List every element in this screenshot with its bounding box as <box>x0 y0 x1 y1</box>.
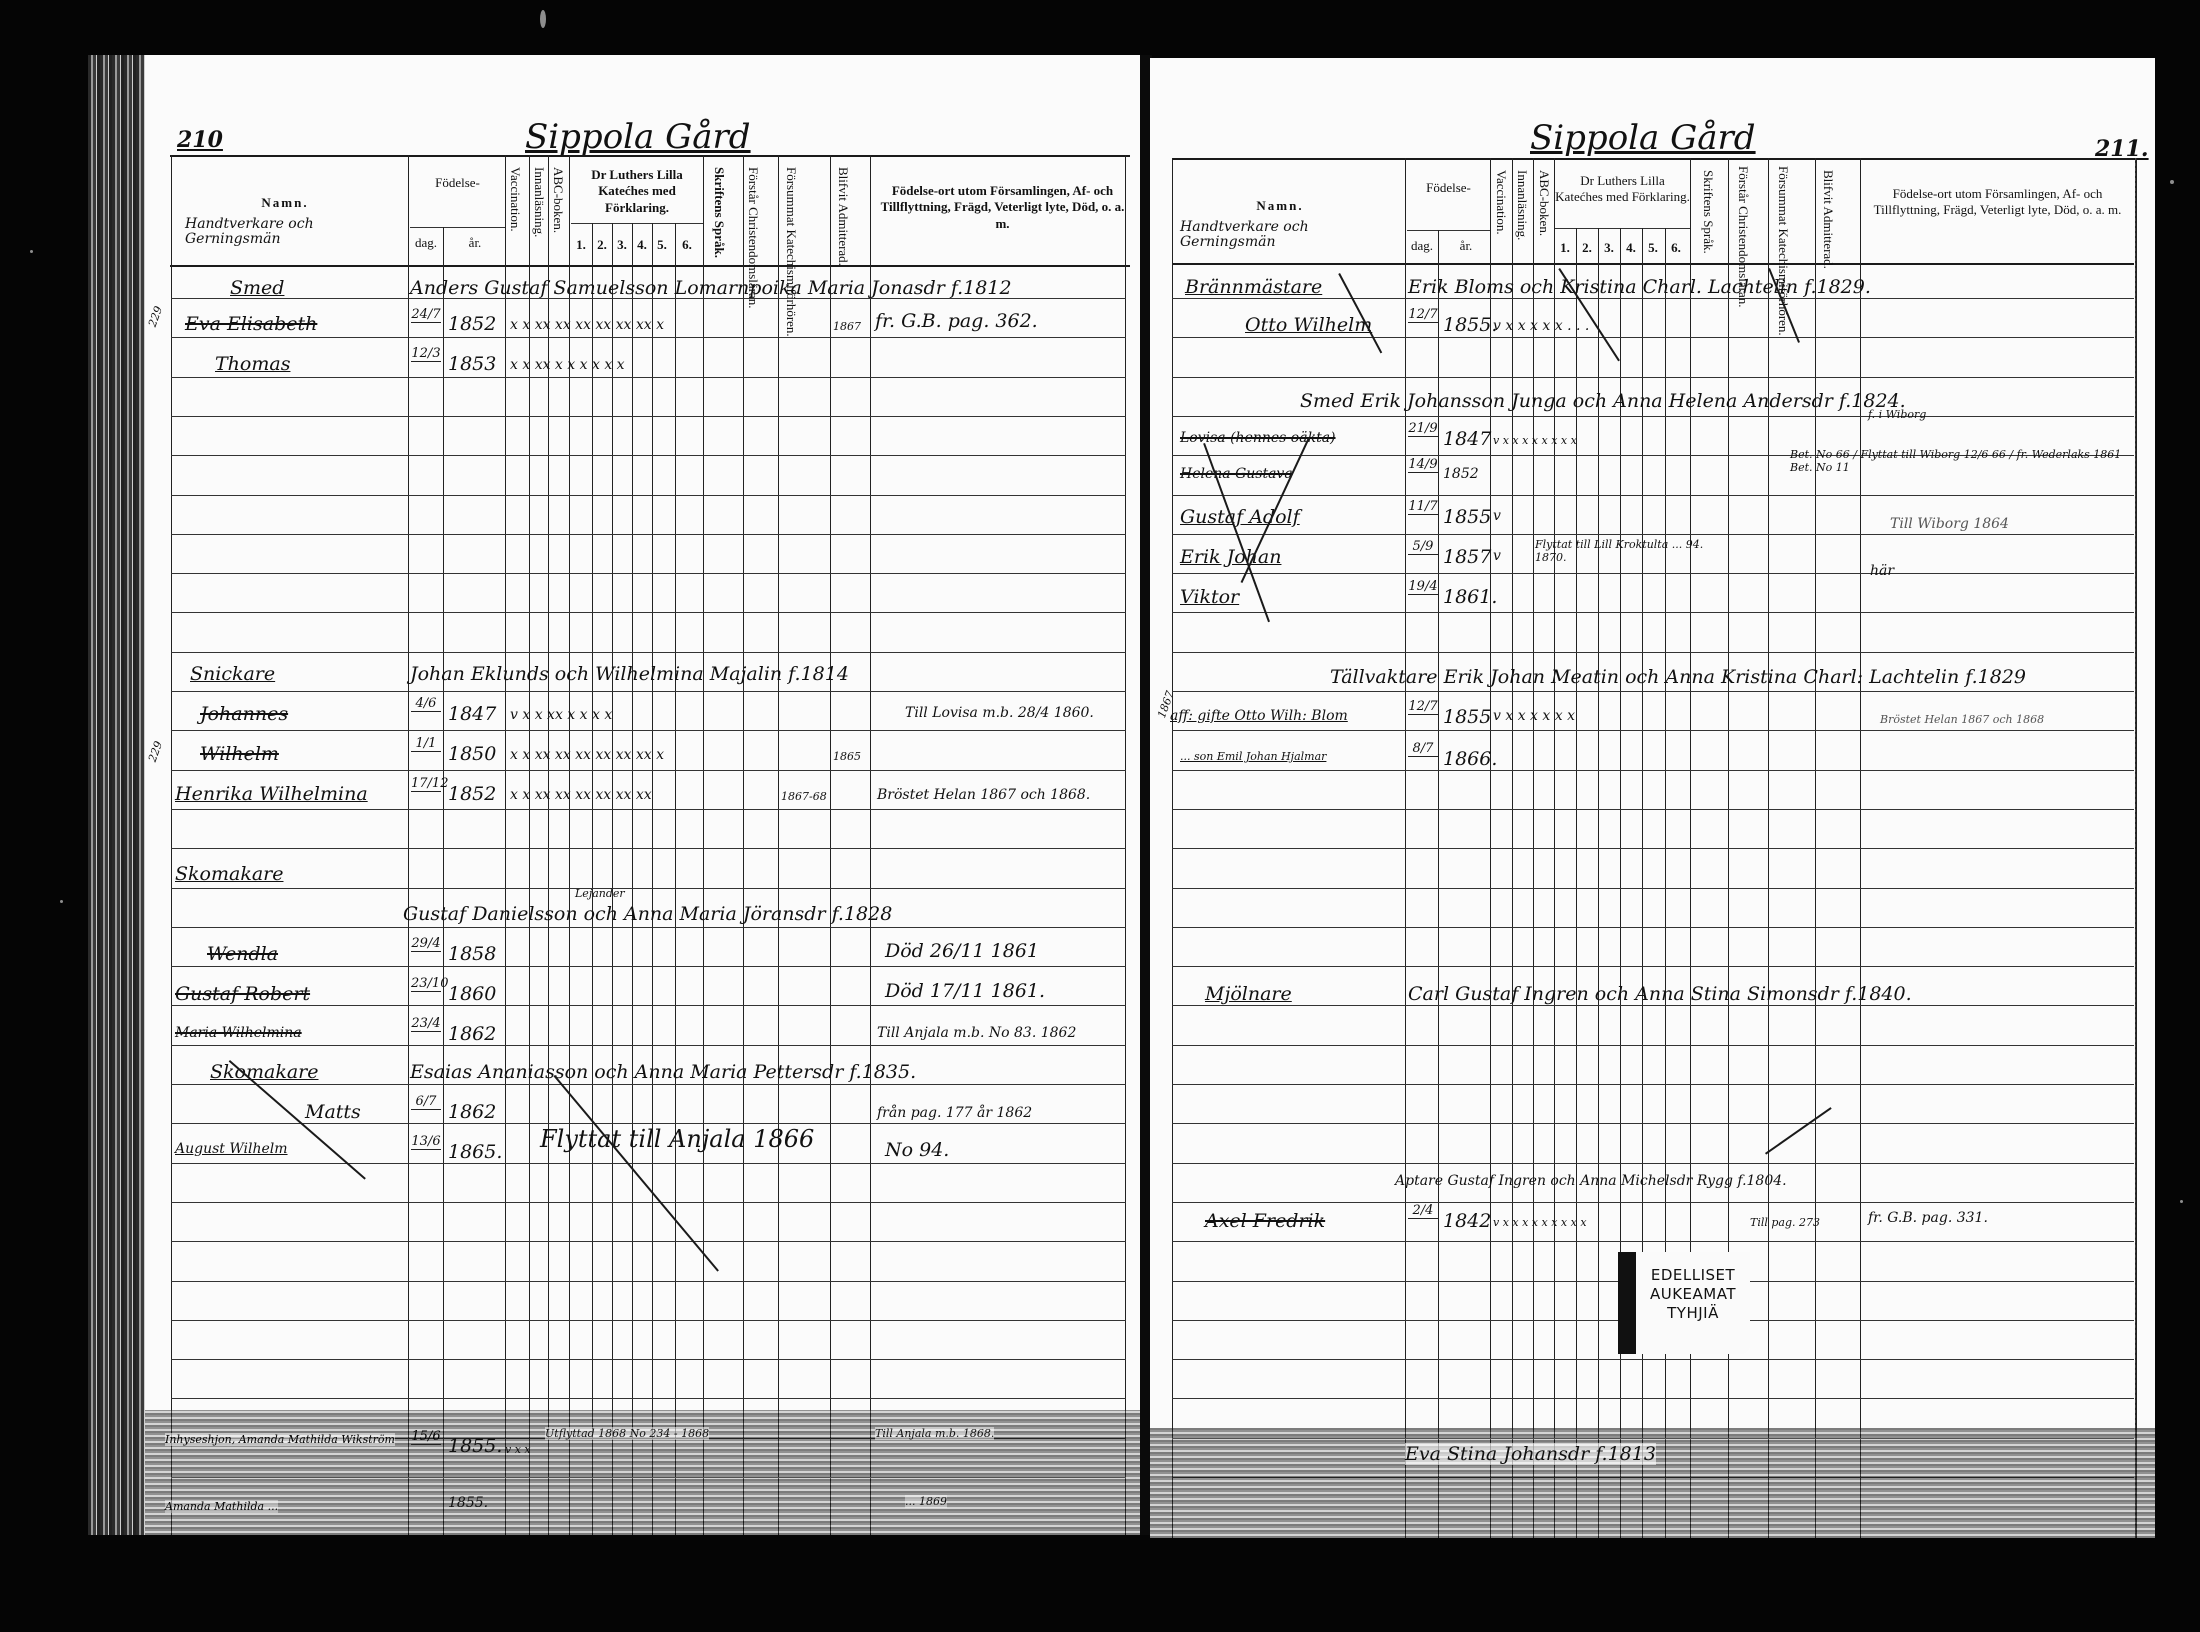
catechism-sub-rule <box>571 223 703 224</box>
column-rule <box>652 223 653 1535</box>
catechism-header: Dr Luthers Lilla Katećhes med Förklaring… <box>571 167 703 216</box>
row-rule <box>1172 1202 2134 1203</box>
birth-year: 1855 <box>1443 506 1491 528</box>
missed-catechism-entry: 1867-68 <box>781 790 827 803</box>
row-rule <box>171 927 1126 928</box>
person-name: Johannes <box>200 703 288 725</box>
parents-entry: Erik Bloms och Kristina Charl. Lachtelin… <box>1408 276 1871 298</box>
birth-day-month: 6/7 <box>411 1095 441 1110</box>
birth-fraction: 24/7 <box>411 308 441 323</box>
birth-year: 1853 <box>448 353 496 375</box>
column-rule <box>1438 230 1439 1538</box>
abc-header: ABC-boken. <box>1536 170 1551 260</box>
row-rule <box>1172 573 2134 574</box>
birth-year: 1842 <box>1443 1210 1491 1232</box>
note-entry: Till Lovisa m.b. 28/4 1860. <box>905 705 1094 721</box>
person-name: Wendla <box>207 943 278 965</box>
birth-day-month: 5/9 <box>1408 540 1438 555</box>
missed-catechism-header: Försummat Katechismiförhören. <box>783 167 798 262</box>
note-entry: f. i Wiborg <box>1868 408 1926 421</box>
stamp-line: TYHJIÄ <box>1636 1304 1750 1323</box>
row-rule <box>171 1320 1126 1321</box>
column-rule <box>612 223 613 1535</box>
scripture-language-header: Skriftens Språk. <box>1700 170 1715 260</box>
birth-fraction: 19/4 <box>1408 580 1438 595</box>
column-rule <box>703 155 704 1535</box>
person-name: Thomas <box>215 353 290 375</box>
birth-fraction: 13/6 <box>411 1135 441 1150</box>
birth-day-month: 8/7 <box>1408 742 1438 757</box>
occupation-label: Snickare <box>190 663 275 685</box>
column-rule <box>632 223 633 1535</box>
birth-year: 1855. <box>448 1495 488 1511</box>
year-header: år. <box>1442 238 1490 254</box>
scripture-language-header: Skriftens Språk. <box>711 167 726 262</box>
cross-out-line <box>1765 1107 1832 1155</box>
row-rule <box>171 1359 1126 1360</box>
row-rule <box>1172 1005 2134 1006</box>
birth-fraction: 2/4 <box>1408 1204 1438 1219</box>
birth-fraction: 6/7 <box>411 1095 441 1110</box>
stamp-line: AUKEAMAT <box>1636 1285 1750 1304</box>
person-name: Gustaf Adolf <box>1180 506 1300 528</box>
reading-header: Innanläsning. <box>1514 170 1529 260</box>
row-rule <box>1172 612 2134 613</box>
missed-catechism-entry: Till pag. 273 <box>1750 1216 1820 1229</box>
name-column-header: Namn. <box>1190 198 1370 214</box>
person-name: Wilhelm <box>200 743 279 765</box>
row-rule <box>1172 1398 2134 1399</box>
reading-marks: v x x <box>505 1443 531 1456</box>
birth-year: 1855 <box>1443 706 1491 728</box>
birth-year: 1855. <box>448 1435 502 1457</box>
note-entry: Till Wiborg 1864 <box>1890 516 2009 532</box>
person-name: August Wilhelm <box>175 1141 288 1157</box>
column-rule <box>830 155 831 1535</box>
parents-annotation: Lejander <box>575 887 625 900</box>
birth-fraction: 5/9 <box>1408 540 1438 555</box>
birth-fraction: 29/4 <box>411 937 441 952</box>
row-rule <box>1172 1084 2134 1085</box>
migration-note: Flyttat till Lill Kroktulta ... 94. 1870… <box>1535 538 1735 564</box>
margin-note: 229 <box>146 739 165 763</box>
column-rule <box>1125 155 1126 1535</box>
birth-day-month: 12/7 <box>1408 308 1438 323</box>
column-rule <box>505 155 506 1535</box>
birth-year: 1850 <box>448 743 496 765</box>
reading-marks: v x x x x x x x x x <box>1493 1216 1587 1229</box>
birth-year: 1865. <box>448 1141 502 1163</box>
person-name: Viktor <box>1180 586 1239 608</box>
catechism-part-header: 4. <box>632 237 652 253</box>
column-rule <box>743 155 744 1535</box>
migration-note: Flyttat till Anjala 1866 <box>540 1125 814 1153</box>
birth-header: Födelse- <box>410 175 505 191</box>
column-rule <box>408 155 409 1535</box>
note-entry: fr. G.B. pag. 362. <box>875 310 1038 332</box>
row-rule <box>171 573 1126 574</box>
birth-fraction: 17/12 <box>411 777 441 792</box>
column-rule <box>171 155 172 1535</box>
birth-year: 1862 <box>448 1101 496 1123</box>
row-rule <box>1172 534 2134 535</box>
row-rule <box>1172 416 2134 417</box>
row-rule <box>1172 1241 2134 1242</box>
reading-marks: x x xx xx xx xx xx xx <box>510 787 652 803</box>
note-entry: Till Anjala m.b. No 83. 1862 <box>877 1025 1076 1041</box>
row-rule <box>1172 927 2134 928</box>
empty-pages-stamp: EDELLISET AUKEAMAT TYHJIÄ <box>1618 1252 1750 1354</box>
reading-marks: x x xx x x x x x x <box>510 357 625 373</box>
understands-doctrine-header: Förstår Christendomsläran. <box>1735 166 1750 261</box>
understands-doctrine-header: Förstår Christendomsläran. <box>745 167 760 262</box>
reading-marks: x x xx xx xx xx xx xx x <box>510 317 664 333</box>
missed-catechism-header: Försummat Katechismiförhören. <box>1775 166 1790 261</box>
birth-day-month: 4/6 <box>411 697 441 712</box>
column-rule <box>1576 228 1577 1538</box>
admission-year: 1867 <box>833 320 861 333</box>
row-rule <box>1172 888 2134 889</box>
occupation-label: Skomakare <box>210 1061 318 1083</box>
occupation-label: Skomakare <box>175 863 283 885</box>
row-rule <box>1172 1163 2134 1164</box>
page-number: 210 <box>177 127 223 153</box>
birth-year: 1866. <box>1443 748 1497 770</box>
occupation-label: Brännmästare <box>1185 276 1322 298</box>
row-rule <box>1172 377 2134 378</box>
birth-fraction: 11/7 <box>1408 500 1438 515</box>
person-name: ... son Emil Johan Hjalmar <box>1180 750 1326 763</box>
row-rule <box>171 612 1126 613</box>
row-rule <box>1172 298 2134 299</box>
vaccination-header: Vaccination. <box>1493 170 1508 260</box>
birth-fraction: 14/9 <box>1408 458 1438 473</box>
birth-fraction: 12/7 <box>1408 700 1438 715</box>
note-entry: Död 17/11 1861. <box>885 980 1045 1002</box>
birth-header: Födelse- <box>1407 180 1490 196</box>
scan-speck <box>30 250 33 253</box>
column-rule <box>870 155 871 1535</box>
birth-sub-rule <box>1407 230 1490 231</box>
birth-fraction: 23/10 <box>411 977 441 992</box>
parents-entry: Aptare Gustaf Ingren och Anna Michelsdr … <box>1395 1173 1787 1189</box>
row-rule <box>171 1045 1126 1046</box>
birth-day-month: 17/12 <box>411 777 441 792</box>
row-rule <box>1172 691 2134 692</box>
catechism-part-header: 6. <box>677 237 697 253</box>
person-name: aff: gifte Otto Wilh: Blom <box>1170 708 1348 724</box>
birth-day-month: 14/9 <box>1408 458 1438 473</box>
parents-entry: Eva Stina Johansdr f.1813 <box>1405 1443 1656 1465</box>
row-rule <box>171 730 1126 731</box>
column-rule <box>592 223 593 1535</box>
note-entry: Bet. No 66 / Flyttat till Wiborg 12/6 66… <box>1790 448 2130 474</box>
birth-year: 1847 <box>448 703 496 725</box>
row-rule <box>1172 1123 2134 1124</box>
birth-day-month: 15/6 <box>411 1430 441 1445</box>
birth-year: 1858 <box>448 943 496 965</box>
abc-header: ABC-boken. <box>550 167 565 262</box>
year-header: år. <box>445 235 505 251</box>
birth-year: 1852 <box>448 783 496 805</box>
birth-fraction: 12/7 <box>1408 308 1438 323</box>
birth-fraction: 15/6 <box>411 1430 441 1445</box>
admission-year: 1865 <box>833 750 861 763</box>
left-page: 210 Sippola Gård Namn. Handtverkare och … <box>145 55 1140 1535</box>
catechism-part-header: 4. <box>1621 240 1641 256</box>
person-name: Eva Elisabeth <box>185 313 317 335</box>
parents-entry: Esaias Ananiasson och Anna Maria Petters… <box>410 1061 916 1083</box>
birth-fraction: 12/3 <box>411 347 441 362</box>
birth-day-month: 24/7 <box>411 308 441 323</box>
row-rule <box>1172 770 2134 771</box>
birth-year: 1855. <box>1443 314 1497 336</box>
birth-day-month: 12/3 <box>411 347 441 362</box>
birth-sub-rule <box>410 227 505 228</box>
row-rule <box>1172 495 2134 496</box>
catechism-part-header: 5. <box>652 237 672 253</box>
row-rule <box>171 495 1126 496</box>
note-entry: Bröstet Helan 1867 och 1868. <box>877 787 1090 803</box>
notes-column-header: Födelse-ort utom Församlingen, Af- och T… <box>880 183 1125 232</box>
birth-day-month: 12/7 <box>1408 700 1438 715</box>
row-rule <box>171 1241 1126 1242</box>
person-name: Helena Gustava <box>1180 466 1293 482</box>
reading-marks: v x x x x x . . . <box>1493 318 1589 334</box>
person-name: Maria Wilhelmina <box>175 1025 302 1041</box>
day-header: dag. <box>1407 238 1437 254</box>
farm-title: Sippola Gård <box>1530 118 1756 158</box>
birth-day-month: 13/6 <box>411 1135 441 1150</box>
catechism-header: Dr Luthers Lilla Katećhes med Förklaring… <box>1555 173 1690 206</box>
vaccination-header: Vaccination. <box>507 167 522 262</box>
catechism-part-header: 2. <box>592 237 612 253</box>
row-rule <box>171 691 1126 692</box>
person-name: Matts <box>305 1101 361 1123</box>
birth-year: 1857 <box>1443 546 1491 568</box>
row-rule <box>171 377 1126 378</box>
row-rule <box>171 848 1126 849</box>
row-rule <box>171 1084 1126 1085</box>
person-name: Otto Wilhelm <box>1245 314 1372 336</box>
note-entry: fr. G.B. pag. 331. <box>1868 1210 1988 1226</box>
table-top-rule <box>170 155 1130 157</box>
reading-marks: v x x x x x x x x <box>1493 434 1577 447</box>
birth-fraction: 8/7 <box>1408 742 1438 757</box>
row-rule <box>1172 1045 2134 1046</box>
parents-entry: Smed Erik Johansson Junga och Anna Helen… <box>1300 390 1906 412</box>
admitted-header: Blifvit Admitterad. <box>835 167 850 262</box>
reading-header: Innanläsning. <box>531 167 546 262</box>
row-rule <box>171 888 1126 889</box>
person-name: Amanda Mathilda ... <box>165 1500 278 1513</box>
note-entry: från pag. 177 år 1862 <box>877 1105 1032 1121</box>
birth-fraction: 21/9 <box>1408 422 1438 437</box>
scan-speck <box>2180 1200 2183 1203</box>
person-name: Henrika Wilhelmina <box>175 783 368 805</box>
catechism-part-header: 5. <box>1643 240 1663 256</box>
farm-title: Sippola Gård <box>525 117 751 157</box>
parents-entry: Tällvaktare Erik Johan Meatin och Anna K… <box>1330 666 2026 688</box>
reading-marks: v <box>1493 508 1501 524</box>
parents-entry: Anders Gustaf Samuelsson Lomarnpoika Mar… <box>410 277 1012 299</box>
birth-day-month: 11/7 <box>1408 500 1438 515</box>
occupation-label: Mjölnare <box>1205 983 1292 1005</box>
birth-day-month: 23/10 <box>411 977 441 992</box>
catechism-part-header: 1. <box>1555 240 1575 256</box>
birth-day-month: 23/4 <box>411 1017 441 1032</box>
book-spine-edge <box>88 55 145 1535</box>
scan-speck <box>2170 180 2174 184</box>
column-rule <box>2135 158 2137 1538</box>
row-rule <box>1172 809 2134 810</box>
parents-entry: Carl Gustaf Ingren och Anna Stina Simons… <box>1408 983 1912 1005</box>
notes-column-header: Födelse-ort utom Församlingen, Af- och T… <box>1865 186 2130 219</box>
person-name: Axel Fredrik <box>1205 1210 1325 1232</box>
birth-day-month: 29/4 <box>411 937 441 952</box>
birth-year: 1852 <box>448 313 496 335</box>
column-rule <box>1598 228 1599 1538</box>
catechism-part-header: 6. <box>1666 240 1686 256</box>
parents-entry: Gustaf Danielsson och Anna Maria Jöransd… <box>403 903 892 925</box>
note-entry: här <box>1870 563 1894 579</box>
row-rule <box>171 1398 1126 1399</box>
column-rule <box>778 155 779 1535</box>
catechism-part-header: 3. <box>612 237 632 253</box>
reading-marks: v <box>1493 548 1501 564</box>
birth-fraction: 23/4 <box>411 1017 441 1032</box>
category-subheader: Handtverkare och Gerningsmän <box>1180 220 1400 251</box>
note-entry: Bröstet Helan 1867 och 1868 <box>1880 713 2044 726</box>
catechism-part-header: 2. <box>1577 240 1597 256</box>
person-name: Inhyseshjon, Amanda Mathilda Wikström <box>165 1433 395 1446</box>
row-rule <box>1172 966 2134 967</box>
header-bottom-rule <box>170 265 1130 267</box>
birth-year: 1862 <box>448 1023 496 1045</box>
row-rule <box>171 966 1126 967</box>
birth-year: 1847 <box>1443 428 1491 450</box>
person-name: Gustaf Robert <box>175 983 310 1005</box>
catechism-part-header: 1. <box>571 237 591 253</box>
birth-year: 1852 <box>1443 466 1479 482</box>
birth-fraction: 4/6 <box>411 697 441 712</box>
birth-day-month: 2/4 <box>1408 1204 1438 1219</box>
row-rule <box>171 337 1126 338</box>
scan-speck <box>540 10 546 28</box>
note-entry: ... 1869 <box>905 1495 947 1508</box>
row-rule <box>171 1281 1126 1282</box>
birth-day-month: 21/9 <box>1408 422 1438 437</box>
birth-year: 1860 <box>448 983 496 1005</box>
row-rule <box>171 416 1126 417</box>
name-column-header: Namn. <box>185 195 385 211</box>
row-rule <box>1172 848 2134 849</box>
row-rule <box>171 770 1126 771</box>
note-entry: Till Anjala m.b. 1868. <box>875 1427 994 1440</box>
row-rule <box>171 652 1126 653</box>
person-name: Erik Johan <box>1180 546 1281 568</box>
occupation-label: Smed <box>230 277 284 299</box>
reading-marks: x x xx xx xx xx xx xx x <box>510 747 664 763</box>
column-rule <box>443 227 444 1535</box>
reading-marks: v x x x x x x <box>1493 708 1575 724</box>
category-subheader: Handtverkare och Gerningsmän <box>185 217 410 248</box>
row-rule <box>1172 1359 2134 1360</box>
row-rule <box>1172 652 2134 653</box>
row-rule <box>1172 730 2134 731</box>
reading-marks: v x x xx x x x x <box>510 707 612 723</box>
row-rule <box>171 1163 1126 1164</box>
note-entry: No 94. <box>885 1139 949 1161</box>
note-entry: Död 26/11 1861 <box>885 940 1039 962</box>
migration-note: Utflyttad 1868 No 234 - 1868 <box>545 1427 709 1440</box>
row-rule <box>1172 337 2134 338</box>
parents-entry: Johan Eklunds och Wilhelmina Majalin f.1… <box>410 663 849 685</box>
scan-speck <box>60 900 63 903</box>
day-header: dag. <box>410 235 442 251</box>
column-rule <box>675 223 676 1535</box>
birth-day-month: 1/1 <box>411 737 441 752</box>
birth-fraction: 1/1 <box>411 737 441 752</box>
row-rule <box>171 1005 1126 1006</box>
stamp-line: EDELLISET <box>1636 1266 1750 1285</box>
row-rule <box>171 1202 1126 1203</box>
catechism-part-header: 3. <box>1599 240 1619 256</box>
header-bottom-rule <box>1172 263 2134 265</box>
margin-note: 229 <box>146 304 165 328</box>
birth-day-month: 19/4 <box>1408 580 1438 595</box>
row-rule <box>171 455 1126 456</box>
row-rule <box>171 534 1126 535</box>
birth-year: 1861. <box>1443 586 1497 608</box>
row-rule <box>171 809 1126 810</box>
table-top-rule <box>1172 158 2134 160</box>
admitted-header: Blifvit Admitterad. <box>1820 170 1835 260</box>
